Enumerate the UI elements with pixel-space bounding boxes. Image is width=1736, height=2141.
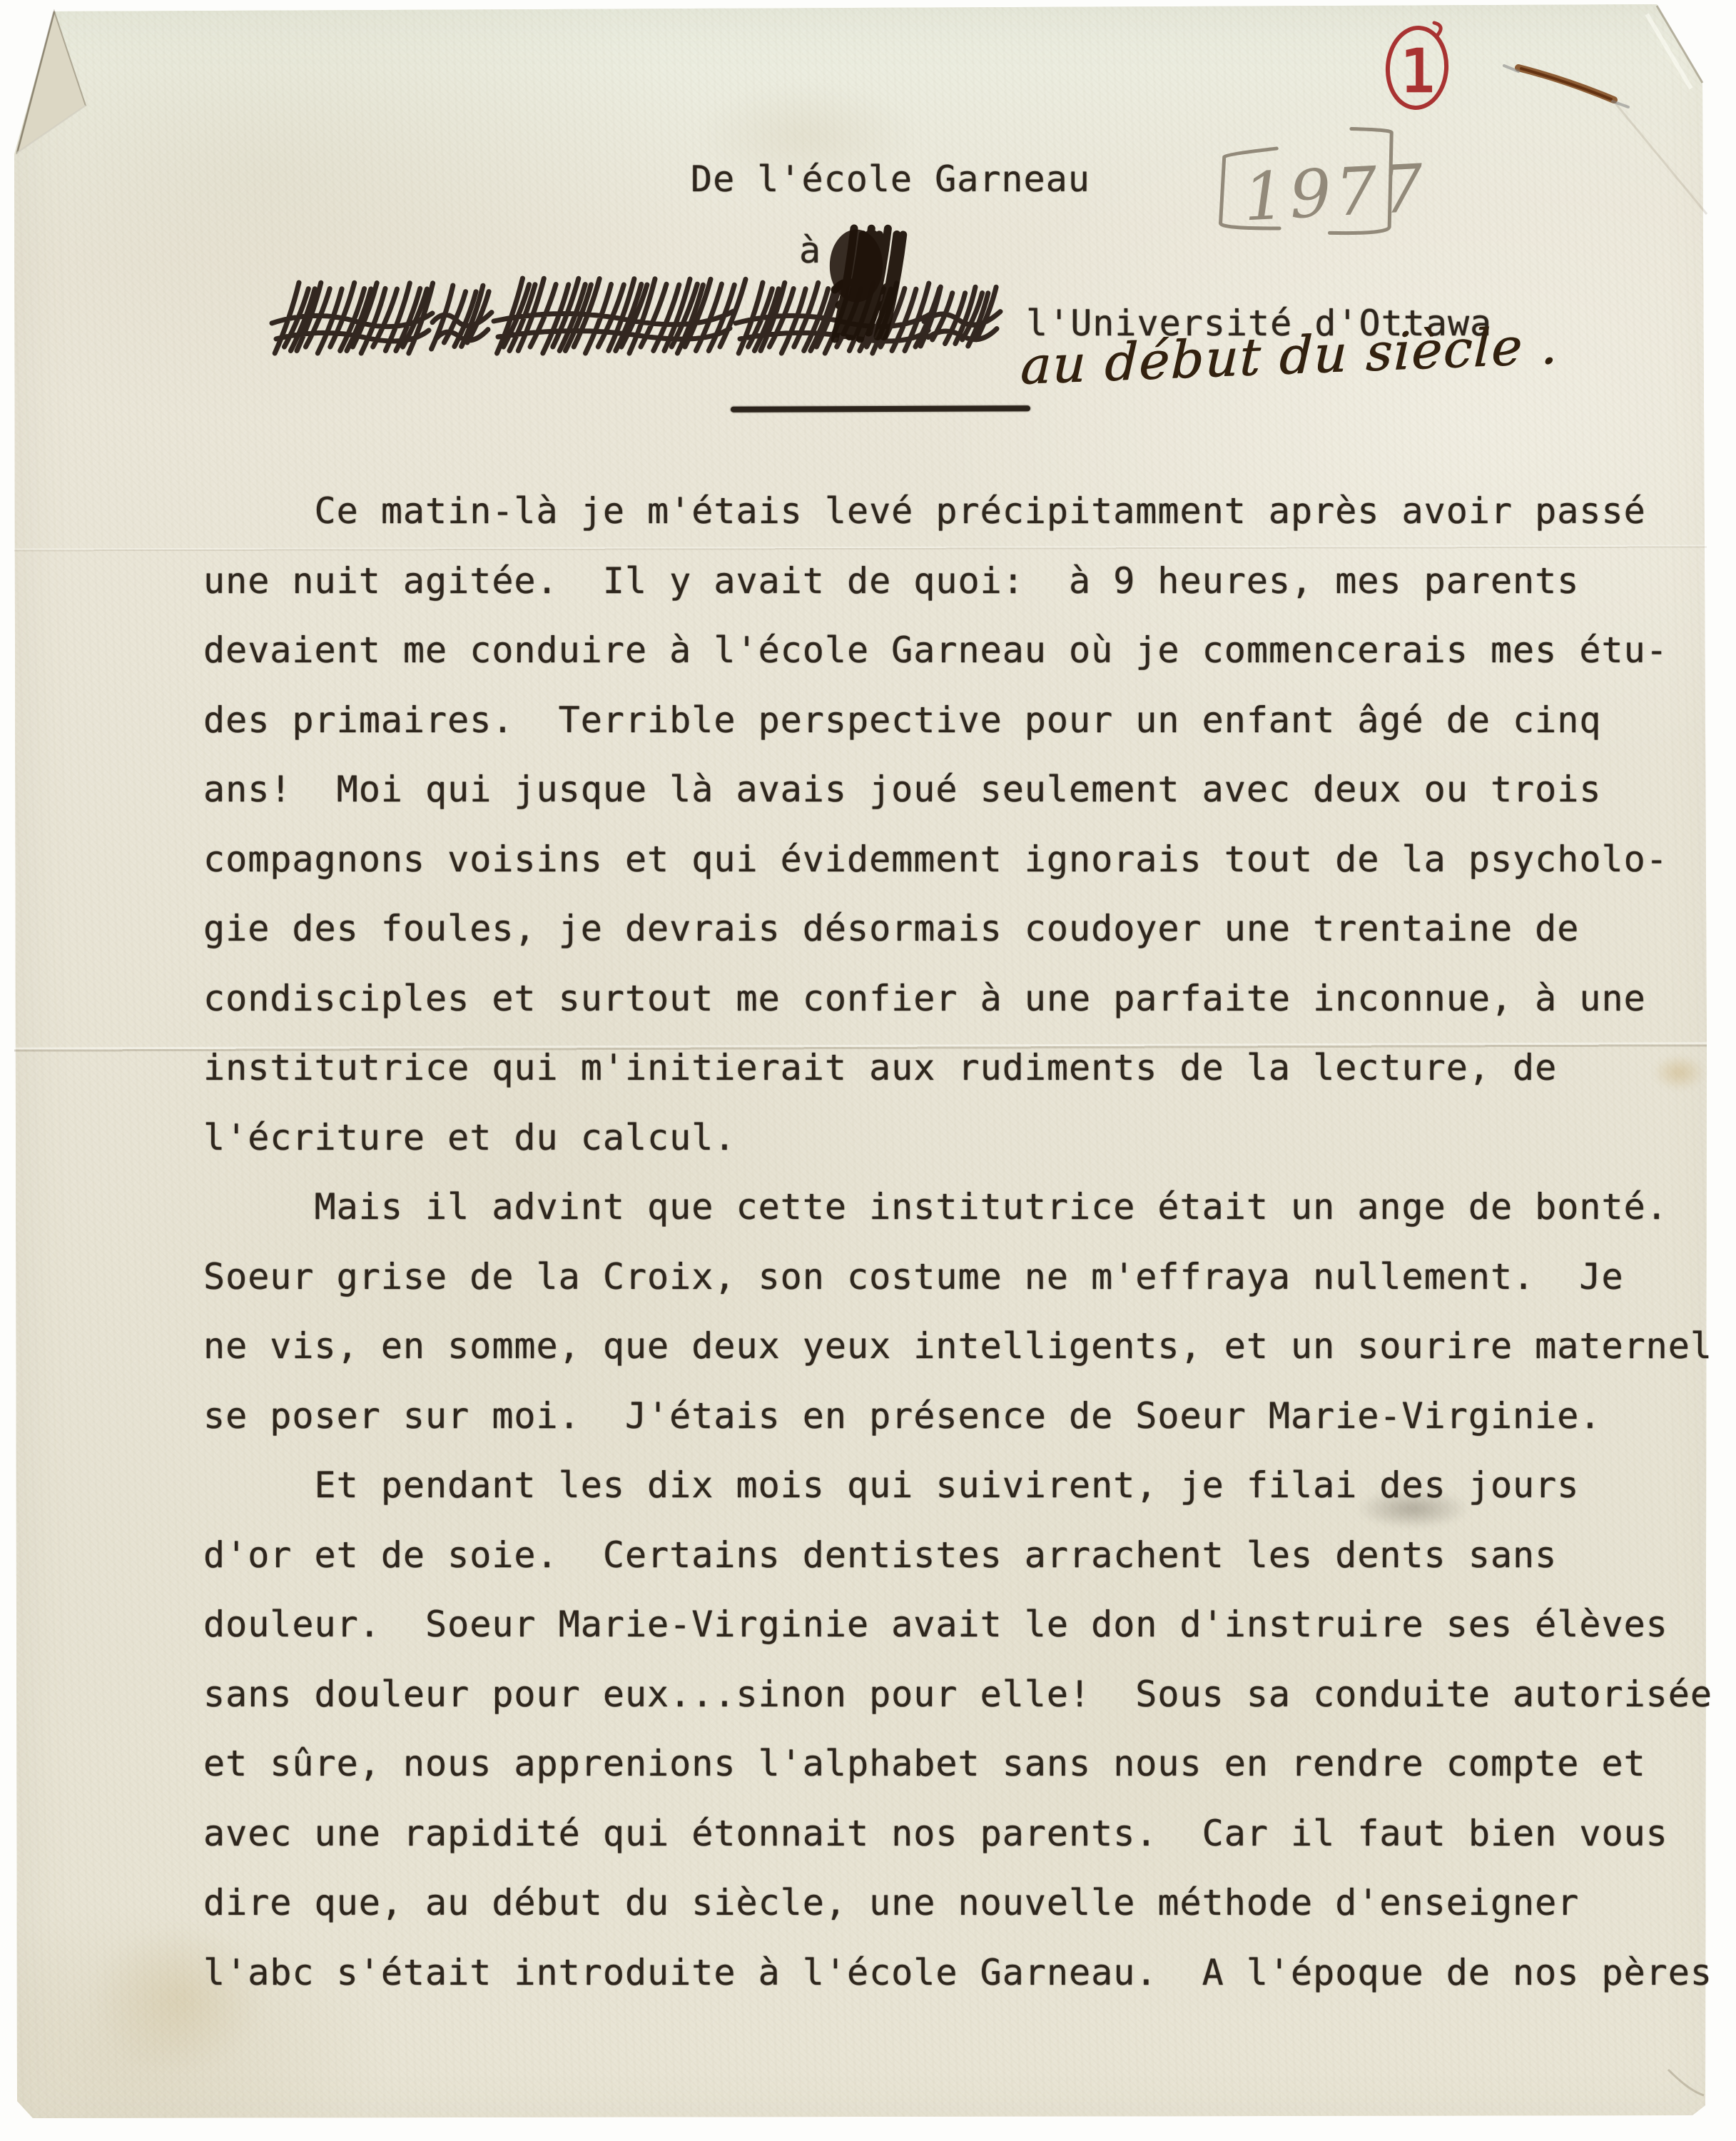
typed-line: d'or et de soie. Certains dentistes arra… [203,1521,1712,1591]
typed-line: ne vis, en somme, que deux yeux intellig… [203,1312,1712,1382]
typed-line: et sûre, nous apprenions l'alphabet sans… [203,1729,1712,1799]
body-text: Ce matin-là je m'étais levé précipitamme… [203,477,1712,2008]
typed-line: se poser sur moi. J'étais en présence de… [203,1382,1712,1452]
scanned-page: De l'école Garneau à l'Université d'Otta… [0,0,1736,2141]
typed-line: douleur. Soeur Marie-Virginie avait le d… [203,1590,1712,1660]
typed-line: Soeur grise de la Croix, son costume ne … [203,1242,1712,1312]
typed-line: Mais il advint que cette institutrice ét… [203,1173,1712,1242]
typed-line: Ce matin-là je m'étais levé précipitamme… [203,477,1712,547]
typed-line: ans! Moi qui jusque là avais joué seulem… [203,755,1712,825]
typed-line: devaient me conduire à l'école Garneau o… [203,616,1712,686]
typed-line: des primaires. Terrible perspective pour… [203,686,1712,756]
typed-line: avec une rapidité qui étonnait nos paren… [203,1799,1712,1869]
typed-line: institutrice qui m'initierait aux rudime… [203,1033,1712,1103]
typed-underline-rule [731,405,1030,412]
typed-line: dire que, au début du siècle, une nouvel… [203,1868,1712,1938]
typed-line: condisciples et surtout me confier à une… [203,964,1712,1034]
typed-line: une nuit agitée. Il y avait de quoi: à 9… [203,547,1712,617]
typed-line: Et pendant les dix mois qui suivirent, j… [203,1451,1712,1521]
typed-line: compagnons voisins et qui évidemment ign… [203,825,1712,895]
document-title: De l'école Garneau [691,161,1090,197]
typed-line: l'écriture et du calcul. [203,1103,1712,1173]
typed-line: sans douleur pour eux...sinon pour elle!… [203,1660,1712,1730]
title-connector-a: à [799,233,821,268]
typed-line: gie des foules, je devrais désormais cou… [203,894,1712,964]
typed-line: l'abc s'était introduite à l'école Garne… [203,1938,1712,2008]
